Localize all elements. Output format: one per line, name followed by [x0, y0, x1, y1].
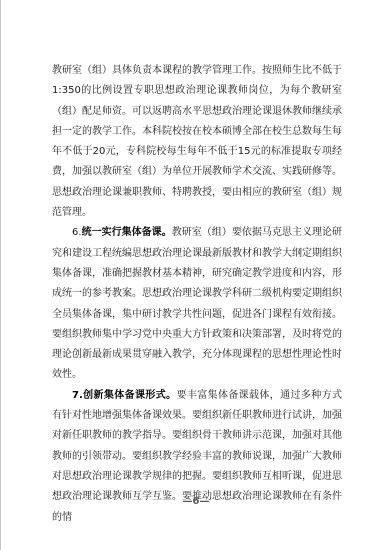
item-7-number: 7. — [72, 390, 83, 401]
item-7-heading: 创新集体备课形式。 — [83, 390, 177, 401]
document-page: 教研室（组）具体负责本课程的教学管理工作。按照师生比不低于1:350的比例设置专… — [0, 0, 390, 550]
item-6-text: 教研室（组）要依据马克思主义理论研究和建设工程统编思想政治理论课最新版教材和教学… — [52, 227, 342, 380]
paragraph-6: 6.统一实行集体备课。教研室（组）要依据马克思主义理论研究和建设工程统编思想政治… — [52, 223, 342, 385]
paragraph-1-text: 教研室（组）具体负责本课程的教学管理工作。按照师生比不低于1:350的比例设置专… — [52, 65, 342, 218]
item-6-number: 6. — [72, 227, 82, 238]
item-6-heading: 统一实行集体备课。 — [82, 227, 172, 238]
document-body: 教研室（组）具体负责本课程的教学管理工作。按照师生比不低于1:350的比例设置专… — [52, 61, 342, 528]
page-number: —6— — [1, 494, 390, 510]
paragraph-1: 教研室（组）具体负责本课程的教学管理工作。按照师生比不低于1:350的比例设置专… — [52, 61, 342, 223]
